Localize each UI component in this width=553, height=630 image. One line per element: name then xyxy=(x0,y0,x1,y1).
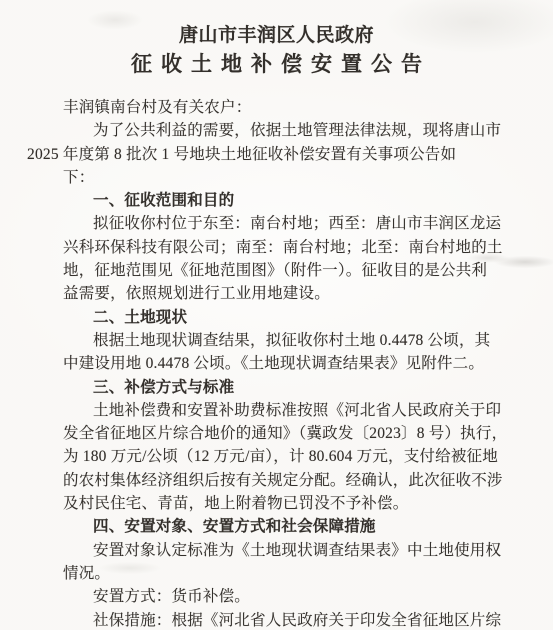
section-1-line: 地，征地范围见《征地范围图》（附件一）。征收目的是公共利 xyxy=(63,259,553,282)
document-title: 唐山市丰润区人民政府 征收土地补偿安置公告 xyxy=(0,23,553,78)
section-1-line: 拟征收你村位于东至：南台村地；西至：唐山市丰润区龙运 xyxy=(93,212,553,235)
section-1-heading: 一、征收范围和目的 xyxy=(93,189,553,212)
section-3-line: 发全省征地区片综合地价的通知》（冀政发〔2023〕8 号）执行， xyxy=(63,422,553,445)
section-2-heading: 二、土地现状 xyxy=(93,306,553,329)
section-4-line: 安置对象认定标准为《土地现状调查结果表》中土地使用权 xyxy=(93,539,553,562)
section-4-line: 社保措施：根据《河北省人民政府关于印发全省征地区片综 xyxy=(93,609,553,630)
document-page: 唐山市丰润区人民政府 征收土地补偿安置公告 丰润镇南台村及有关农户： 为了公共利… xyxy=(0,0,553,630)
section-3-line: 为 180 万元/公顷（12 万元/亩），计 80.604 万元，支付给被征地 xyxy=(63,445,553,468)
section-4-heading: 四、安置对象、安置方式和社会保障措施 xyxy=(93,515,553,538)
section-3-heading: 三、补偿方式与标准 xyxy=(93,376,553,399)
section-4-line: 情况。 xyxy=(63,562,553,585)
section-2-line: 根据土地现状调查结果，拟征收你村土地 0.4478 公顷，其 xyxy=(93,329,553,352)
intro-line: 2025 年度第 8 批次 1 号地块土地征收补偿安置有关事项公告如 xyxy=(27,143,553,166)
section-3-line: 土地补偿费和安置补助费标准按照《河北省人民政府关于印 xyxy=(93,399,553,422)
intro-line: 下： xyxy=(63,166,553,189)
intro-line: 为了公共利益的需要，依据土地管理法律法规，现将唐山市 xyxy=(93,119,553,142)
document-body: 丰润镇南台村及有关农户： 为了公共利益的需要，依据土地管理法律法规，现将唐山市 … xyxy=(0,96,553,630)
section-2-line: 中建设用地 0.4478 公顷。《土地现状调查结果表》见附件二。 xyxy=(63,352,553,375)
section-3-line: 的农村集体经济组织后按有关规定分配。经确认，此次征收不涉 xyxy=(63,469,553,492)
section-3-line: 及村民住宅、青苗，地上附着物已罚没不予补偿。 xyxy=(63,492,553,515)
salutation-line: 丰润镇南台村及有关农户： xyxy=(63,96,553,119)
section-1-line: 益需要，依照规划进行工业用地建设。 xyxy=(63,282,553,305)
title-notice-name: 征收土地补偿安置公告 xyxy=(0,50,553,78)
title-issuer: 唐山市丰润区人民政府 xyxy=(0,23,553,48)
section-1-line: 兴科环保科技有限公司；南至：南台村地；北至：南台村地的土 xyxy=(63,236,553,259)
section-4-line: 安置方式：货币补偿。 xyxy=(93,585,553,608)
